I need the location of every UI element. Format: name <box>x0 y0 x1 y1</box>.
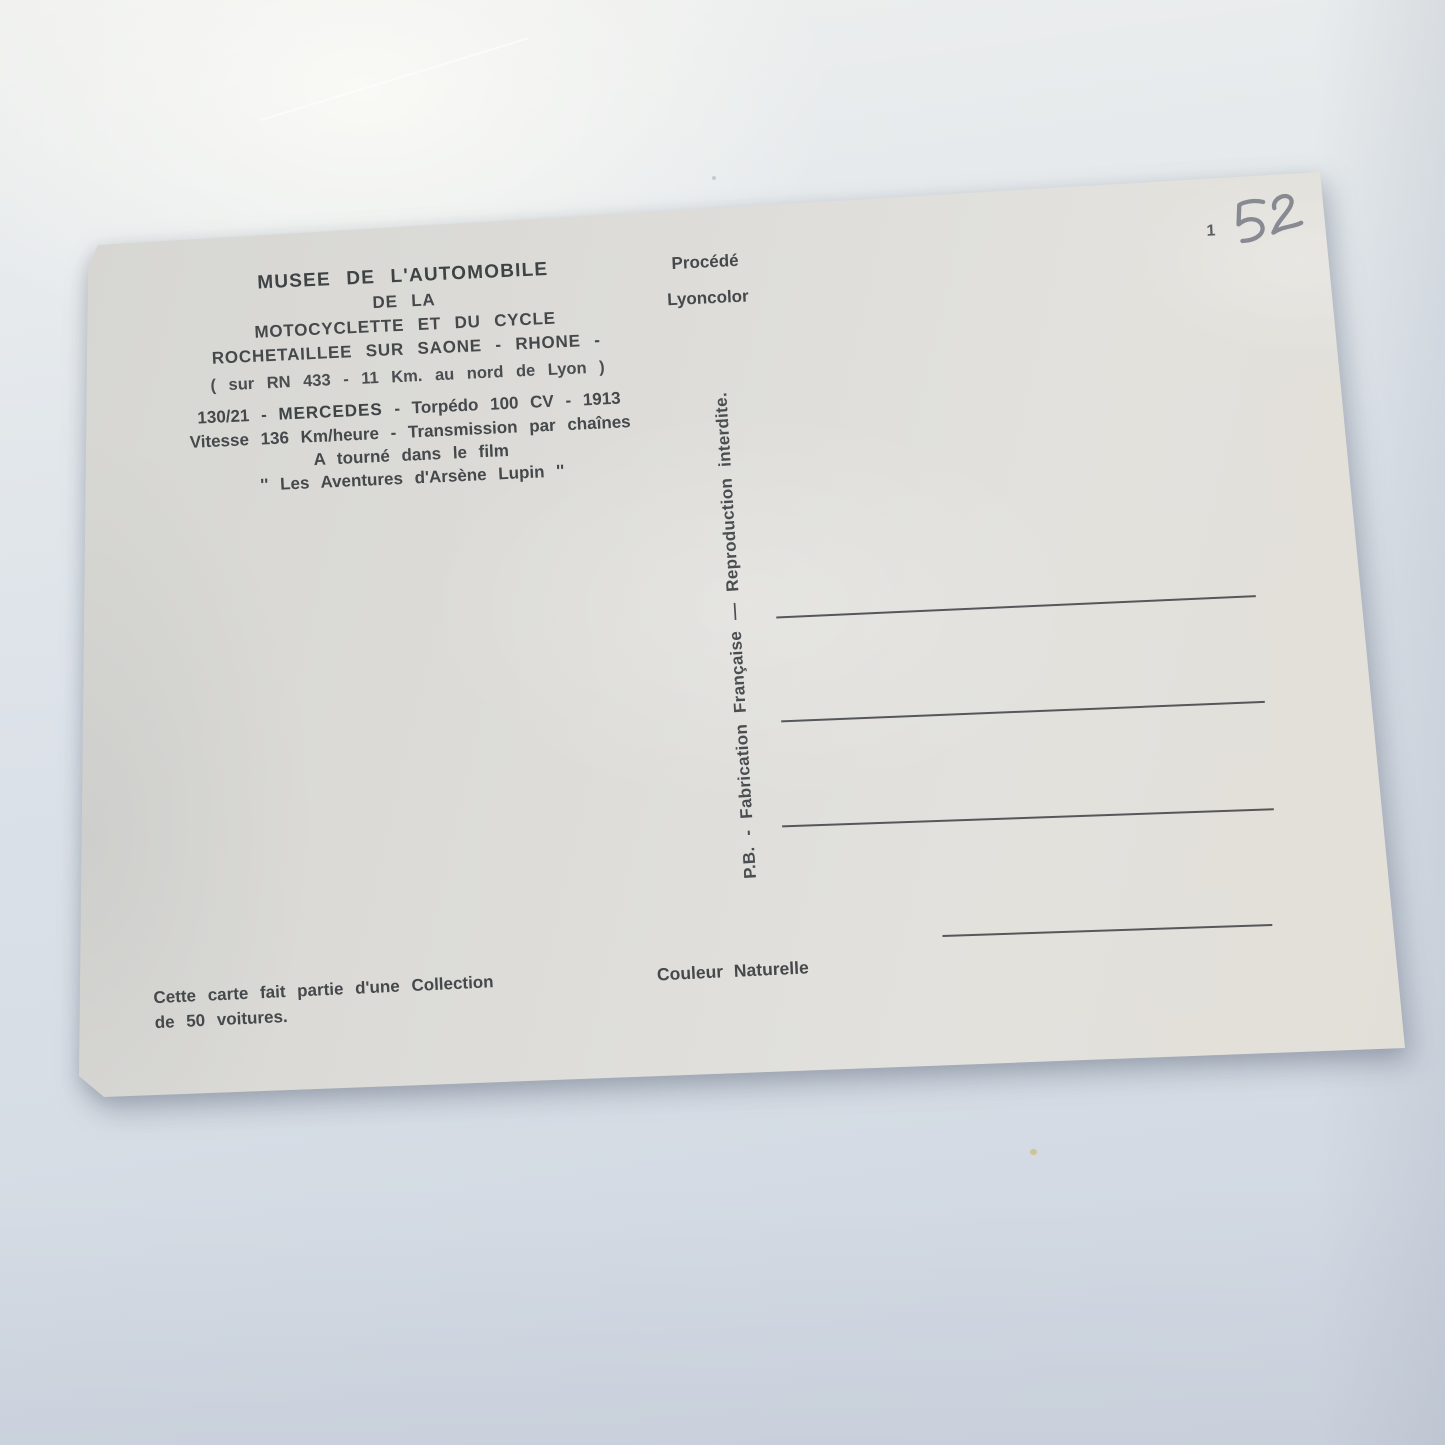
postcard-printed-content: MUSEE DE L'AUTOMOBILE DE LA MOTOCYCLETTE… <box>98 187 1362 1109</box>
process-brand-label: Lyoncolor <box>667 286 749 310</box>
publisher-spine-text: P.B. - Fabrication Française — Reproduct… <box>708 345 767 925</box>
address-line-2 <box>781 701 1265 722</box>
photo: MUSEE DE L'AUTOMOBILE DE LA MOTOCYCLETTE… <box>0 0 1445 1445</box>
printed-index-number: 1 <box>1206 222 1216 240</box>
dust-speck-gray <box>712 176 716 180</box>
process-label: Procédé <box>671 251 739 274</box>
dust-speck-yellow <box>1030 1149 1037 1155</box>
address-line-1 <box>776 595 1256 618</box>
collection-note: Cette carte fait partie d'une Collection… <box>153 969 495 1035</box>
color-note: Couleur Naturelle <box>657 957 810 985</box>
car-brand: MERCEDES <box>278 400 383 424</box>
museum-heading: MUSEE DE L'AUTOMOBILE DE LA MOTOCYCLETTE… <box>123 251 693 503</box>
address-line-4 <box>942 924 1272 937</box>
postcard-shadow-wrap: MUSEE DE L'AUTOMOBILE DE LA MOTOCYCLETTE… <box>0 0 1445 1445</box>
handwritten-number <box>1222 182 1322 255</box>
postcard: MUSEE DE L'AUTOMOBILE DE LA MOTOCYCLETTE… <box>0 0 1445 1445</box>
car-number: 130/21 - <box>197 405 279 428</box>
address-line-3 <box>782 808 1274 827</box>
handwritten-number-strokes <box>1222 182 1322 255</box>
